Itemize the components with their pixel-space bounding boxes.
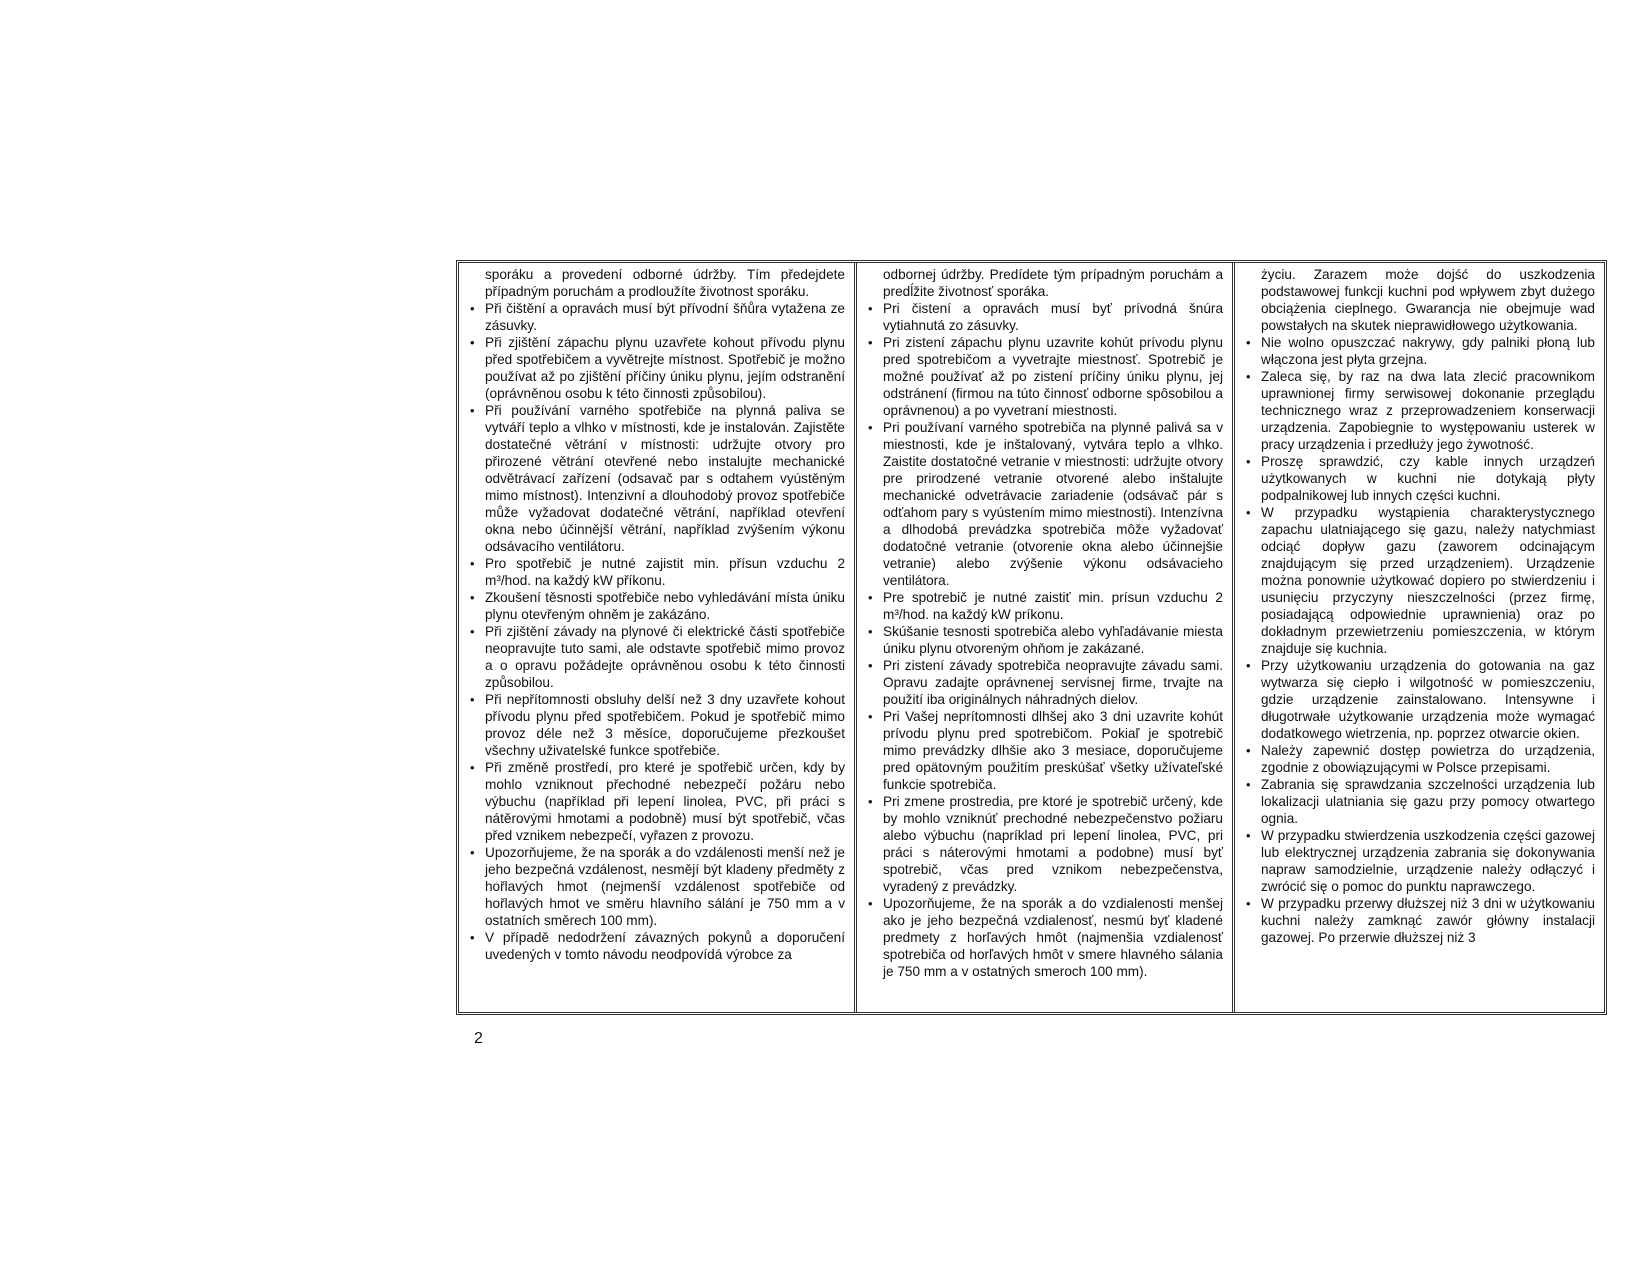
list-item: Při zjištění zápachu plynu uzavřete koho… [469,334,845,402]
list-item: Przy użytkowaniu urządzenia do gotowania… [1245,657,1595,742]
list-item: Upozorňujeme, že na sporák a do vzdialen… [867,895,1223,980]
list-item: W przypadku przerwy dłuższej niż 3 dni w… [1245,895,1595,946]
column-czech: sporáku a provedení odborné údržby. Tím … [459,263,854,1012]
safety-bullet-list: Pri čistení a opravách musí byť prívodná… [867,300,1223,980]
list-item: W przypadku stwierdzenia uszkodzenia czę… [1245,827,1595,895]
list-item: Při změně prostředí, pro které je spotře… [469,759,845,844]
list-item: Pro spotřebič je nutné zajistit min. pří… [469,555,845,589]
list-item: Zabrania się sprawdzania szczelności urz… [1245,776,1595,827]
column-polish: życiu. Zarazem może dojść do uszkodzenia… [1232,263,1604,1012]
list-item: Pri zistení závady spotrebiča neopravujt… [867,657,1223,708]
list-item: Zkoušení těsnosti spotřebiče nebo vyhled… [469,589,845,623]
list-item: Při zjištění závady na plynové či elektr… [469,623,845,691]
list-item: Należy zapewnić dostęp powietrza do urzą… [1245,742,1595,776]
column-lead-text: sporáku a provedení odborné údržby. Tím … [485,266,845,300]
list-item: Pre spotrebič je nutné zaistiť min. prís… [867,589,1223,623]
safety-bullet-list: Při čištění a opravách musí být přívodní… [469,300,845,963]
column-lead-text: odbornej údržby. Predídete tým prípadným… [883,266,1223,300]
list-item: Upozorňujeme, že na sporák a do vzdáleno… [469,844,845,929]
list-item: Při používání varného spotřebiče na plyn… [469,402,845,555]
list-item: Pri Vašej neprítomnosti dlhšej ako 3 dni… [867,708,1223,793]
three-language-safety-table: sporáku a provedení odborné údržby. Tím … [456,260,1607,1015]
list-item: Nie wolno opuszczać nakrywy, gdy palniki… [1245,334,1595,368]
column-slovak: odbornej údržby. Predídete tým prípadným… [854,263,1232,1012]
list-item: Pri zmene prostredia, pre ktoré je spotr… [867,793,1223,895]
page-number: 2 [474,1030,483,1048]
safety-bullet-list: Nie wolno opuszczać nakrywy, gdy palniki… [1245,334,1595,946]
list-item: V případě nedodržení závazných pokynů a … [469,929,845,963]
list-item: Při čištění a opravách musí být přívodní… [469,300,845,334]
list-item: W przypadku wystąpienia charakterystyczn… [1245,504,1595,657]
list-item: Skúšanie tesnosti spotrebiča alebo vyhľa… [867,623,1223,657]
column-lead-text: życiu. Zarazem może dojść do uszkodzenia… [1261,266,1595,334]
list-item: Pri čistení a opravách musí byť prívodná… [867,300,1223,334]
list-item: Pri používaní varného spotrebiča na plyn… [867,419,1223,589]
list-item: Proszę sprawdzić, czy kable innych urząd… [1245,453,1595,504]
list-item: Při nepřítomnosti obsluhy delší než 3 dn… [469,691,845,759]
list-item: Pri zistení zápachu plynu uzavrite kohút… [867,334,1223,419]
list-item: Zaleca się, by raz na dwa lata zlecić pr… [1245,368,1595,453]
